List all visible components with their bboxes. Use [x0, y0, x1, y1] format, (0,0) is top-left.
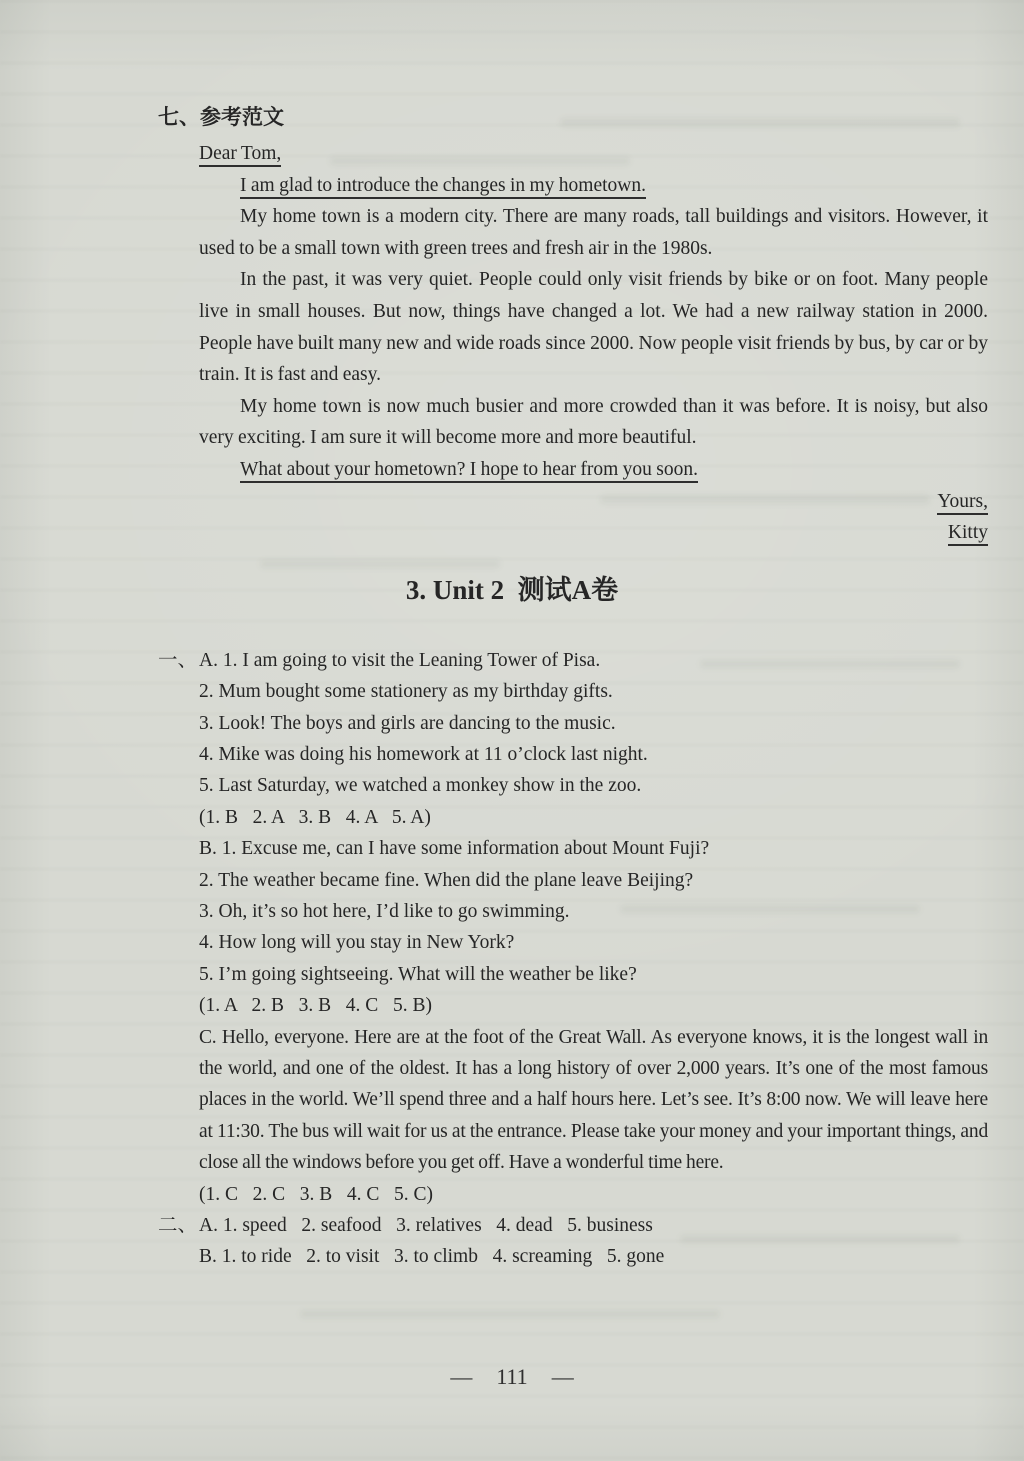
answer-key-body: 一、A. 1. I am going to visit the Leaning …	[199, 645, 988, 1273]
ghost-texture	[260, 560, 500, 568]
letter-closing-sentence: What about your hometown? I hope to hear…	[240, 459, 698, 483]
part-a-item: 2. Mum bought some stationery as my birt…	[199, 676, 988, 707]
part-a-item: 3. Look! The boys and girls are dancing …	[199, 708, 988, 739]
part-b-answers: (1. A 2. B 3. B 4. C 5. B)	[199, 990, 988, 1021]
part-c-paragraph: C. Hello, everyone. Here are at the foot…	[199, 1022, 988, 1179]
letter-closing-line: What about your hometown? I hope to hear…	[199, 454, 988, 486]
part-b-item: 2. The weather became fine. When did the…	[199, 865, 988, 896]
part-a-item: 5. Last Saturday, we watched a monkey sh…	[199, 770, 988, 801]
section-one-marker: 一、	[158, 645, 199, 676]
part-b-item: 5. I’m going sightseeing. What will the …	[199, 959, 988, 990]
part-a-item: 4. Mike was doing his homework at 11 o’c…	[199, 739, 988, 770]
part-a-answers: (1. B 2. A 3. B 4. A 5. A)	[199, 802, 988, 833]
part-a-item: A. 1. I am going to visit the Leaning To…	[199, 650, 600, 671]
section-two-line-a: 二、A. 1. speed 2. seafood 3. relatives 4.…	[199, 1210, 988, 1241]
letter-salutation-line: Dear Tom,	[199, 138, 988, 170]
essay-section-heading: 七、参考范文	[158, 0, 1024, 132]
part-b-item: 3. Oh, it’s so hot here, I’d like to go …	[199, 896, 988, 927]
reference-letter: Dear Tom, I am glad to introduce the cha…	[199, 138, 988, 549]
workbook-scanned-page: 七、参考范文 Dear Tom, I am glad to introduce …	[0, 0, 1024, 1461]
letter-signoff-line: Yours,	[199, 486, 988, 518]
vocabulary-list-b: B. 1. to ride 2. to visit 3. to climb 4.…	[199, 1241, 988, 1272]
section-one-part-a-first-line: 一、A. 1. I am going to visit the Leaning …	[199, 645, 988, 676]
page-footer: — 111 —	[0, 1362, 1024, 1392]
part-b-item: 4. How long will you stay in New York?	[199, 927, 988, 958]
vocabulary-list-a: A. 1. speed 2. seafood 3. relatives 4. d…	[199, 1215, 653, 1236]
section-two-marker: 二、	[158, 1210, 199, 1241]
letter-paragraph: My home town is now much busier and more…	[199, 391, 988, 454]
letter-salutation: Dear Tom,	[199, 143, 281, 167]
letter-paragraph: My home town is a modern city. There are…	[199, 201, 988, 264]
letter-opening-line: I am glad to introduce the changes in my…	[199, 170, 988, 202]
letter-signature: Kitty	[948, 522, 988, 546]
letter-signoff: Yours,	[937, 491, 988, 515]
part-c-answers: (1. C 2. C 3. B 4. C 5. C)	[199, 1179, 988, 1210]
footer-right-dash: —	[552, 1362, 574, 1392]
letter-opening-sentence: I am glad to introduce the changes in my…	[240, 175, 646, 199]
letter-paragraph: In the past, it was very quiet. People c…	[199, 264, 988, 390]
page-number: 111	[496, 1362, 527, 1392]
part-b-first-line: B. 1. Excuse me, can I have some informa…	[199, 833, 988, 864]
footer-left-dash: —	[450, 1362, 472, 1392]
letter-signature-line: Kitty	[199, 517, 988, 549]
unit-test-title: 3. Unit 2 测试A卷	[0, 572, 1024, 608]
ghost-texture	[300, 1310, 720, 1318]
